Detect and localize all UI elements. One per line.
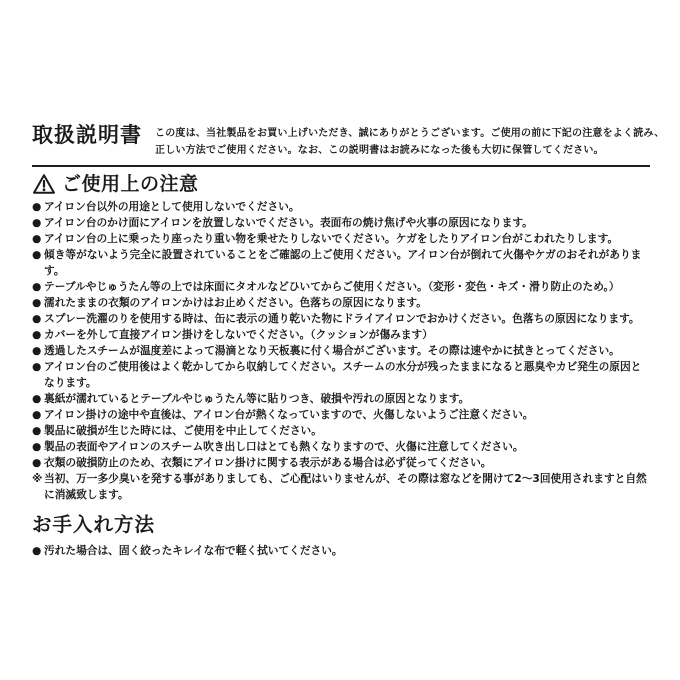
manual-header: 取扱説明書 この度は、当社製品をお買い上げいただき、誠にありがとうございます。ご…: [32, 0, 650, 159]
precaution-item: ●透過したスチームが温度差によって湯滴となり天板裏に付く場合がございます。その際…: [32, 343, 650, 359]
precaution-text: 製品の表面やアイロンのスチーム吹き出し口はとても熱くなりますので、火傷に注意して…: [44, 440, 524, 453]
intro-line-1: この度は、当社製品をお買い上げいただき、誠にありがとうございます。ご使用の前に下…: [155, 125, 664, 142]
precaution-text: カバーを外して直接アイロン掛けをしないでください。（クッションが傷みます）: [44, 328, 433, 341]
bullet-marker: ●: [32, 215, 44, 231]
precaution-item: ●テーブルやじゅうたん等の上では床面にタオルなどひいてからご使用ください。（変形…: [32, 279, 650, 295]
bullet-marker: ●: [32, 359, 44, 375]
precaution-text: アイロン台のご使用後はよく乾かしてから収納してください。スチームの水分が残ったま…: [44, 360, 641, 389]
precaution-item: ●カバーを外して直接アイロン掛けをしないでください。（クッションが傷みます）: [32, 327, 650, 343]
intro-line-2: 正しい方法でご使用ください。なお、この説明書はお読みになった後も大切に保管してく…: [155, 142, 664, 159]
header-divider: [32, 165, 650, 167]
bullet-marker: ●: [32, 311, 44, 327]
precaution-text: 裏紙が濡れているとテーブルやじゅうたん等に貼りつき、破損や汚れの原因となります。: [44, 392, 469, 405]
precaution-item: ●傾き等がないよう完全に設置されていることをご確認の上ご使用ください。アイロン台…: [32, 247, 650, 279]
precaution-item: ※当初、万一多少臭いを発する事がありましても、ご心配はいりませんが、その際は窓な…: [32, 471, 650, 503]
precaution-text: 濡れたままの衣類のアイロンかけはお止めください。色落ちの原因になります。: [44, 296, 427, 309]
precaution-item: ●アイロン台のかけ面にアイロンを放置しないでください。表面布の焼け焦げや火事の原…: [32, 215, 650, 231]
precaution-text: 傾き等がないよう完全に設置されていることをご確認の上ご使用ください。アイロン台が…: [44, 248, 641, 277]
bullet-marker: ※: [32, 471, 44, 487]
precaution-item: ●製品に破損が生じた時には、ご使用を中止してください。: [32, 423, 650, 439]
care-heading: お手入れ方法: [32, 513, 650, 537]
precaution-item: ●アイロン台の上に乗ったり座ったり重い物を乗せたりしないでください。ケガをしたり…: [32, 231, 650, 247]
intro-text: この度は、当社製品をお買い上げいただき、誠にありがとうございます。ご使用の前に下…: [155, 123, 664, 159]
precaution-item: ●スプレー洗濯のりを使用する時は、缶に表示の通り乾いた物にドライアイロンでおかけ…: [32, 311, 650, 327]
precaution-item: ●製品の表面やアイロンのスチーム吹き出し口はとても熱くなりますので、火傷に注意し…: [32, 439, 650, 455]
precautions-list: ●アイロン台以外の用途として使用しないでください。●アイロン台のかけ面にアイロン…: [32, 199, 650, 503]
bullet-marker: ●: [32, 247, 44, 263]
care-text: 汚れた場合は、固く絞ったキレイな布で軽く拭いてください。: [44, 544, 343, 557]
bullet-marker: ●: [32, 327, 44, 343]
section-precautions: ご使用上の注意 ●アイロン台以外の用途として使用しないでください。●アイロン台の…: [32, 172, 650, 503]
precaution-item: ●アイロン台以外の用途として使用しないでください。: [32, 199, 650, 215]
bullet-marker: ●: [32, 543, 44, 559]
bullet-marker: ●: [32, 423, 44, 439]
precaution-text: スプレー洗濯のりを使用する時は、缶に表示の通り乾いた物にドライアイロンでおかけく…: [44, 312, 640, 325]
bullet-marker: ●: [32, 231, 44, 247]
precautions-heading-label: ご使用上の注意: [62, 172, 199, 196]
section-care: お手入れ方法 ●汚れた場合は、固く絞ったキレイな布で軽く拭いてください。: [32, 513, 650, 559]
bullet-marker: ●: [32, 455, 44, 471]
manual-page: 取扱説明書 この度は、当社製品をお買い上げいただき、誠にありがとうございます。ご…: [0, 0, 680, 680]
precaution-item: ●裏紙が濡れているとテーブルやじゅうたん等に貼りつき、破損や汚れの原因となります…: [32, 391, 650, 407]
precaution-item: ●濡れたままの衣類のアイロンかけはお止めください。色落ちの原因になります。: [32, 295, 650, 311]
care-item: ●汚れた場合は、固く絞ったキレイな布で軽く拭いてください。: [32, 543, 650, 559]
precaution-text: 当初、万一多少臭いを発する事がありましても、ご心配はいりませんが、その際は窓など…: [44, 472, 647, 501]
precaution-text: アイロン台の上に乗ったり座ったり重い物を乗せたりしないでください。ケガをしたりア…: [44, 232, 618, 245]
precaution-text: アイロン台以外の用途として使用しないでください。: [44, 200, 300, 213]
precaution-item: ●衣類の破損防止のため、衣類にアイロン掛けに関する表示がある場合は必ず従ってくだ…: [32, 455, 650, 471]
precaution-text: 透過したスチームが温度差によって湯滴となり天板裏に付く場合がございます。その際は…: [44, 344, 620, 357]
precaution-text: アイロン台のかけ面にアイロンを放置しないでください。表面布の焼け焦げや火事の原因…: [44, 216, 533, 229]
bullet-marker: ●: [32, 199, 44, 215]
page-title: 取扱説明書: [32, 123, 142, 147]
precaution-text: 製品に破損が生じた時には、ご使用を中止してください。: [44, 424, 322, 437]
bullet-marker: ●: [32, 407, 44, 423]
warning-triangle-icon: [32, 173, 56, 195]
precaution-text: テーブルやじゅうたん等の上では床面にタオルなどひいてからご使用ください。（変形・…: [44, 280, 620, 293]
precaution-item: ●アイロン掛けの途中や直後は、アイロン台が熱くなっていますので、火傷しないようご…: [32, 407, 650, 423]
bullet-marker: ●: [32, 343, 44, 359]
precaution-text: 衣類の破損防止のため、衣類にアイロン掛けに関する表示がある場合は必ず従ってくださ…: [44, 456, 492, 469]
bullet-marker: ●: [32, 391, 44, 407]
bullet-marker: ●: [32, 439, 44, 455]
precaution-text: アイロン掛けの途中や直後は、アイロン台が熱くなっていますので、火傷しないようご注…: [44, 408, 534, 421]
bullet-marker: ●: [32, 295, 44, 311]
precaution-item: ●アイロン台のご使用後はよく乾かしてから収納してください。スチームの水分が残った…: [32, 359, 650, 391]
precautions-heading: ご使用上の注意: [32, 172, 650, 196]
care-list: ●汚れた場合は、固く絞ったキレイな布で軽く拭いてください。: [32, 543, 650, 559]
bullet-marker: ●: [32, 279, 44, 295]
